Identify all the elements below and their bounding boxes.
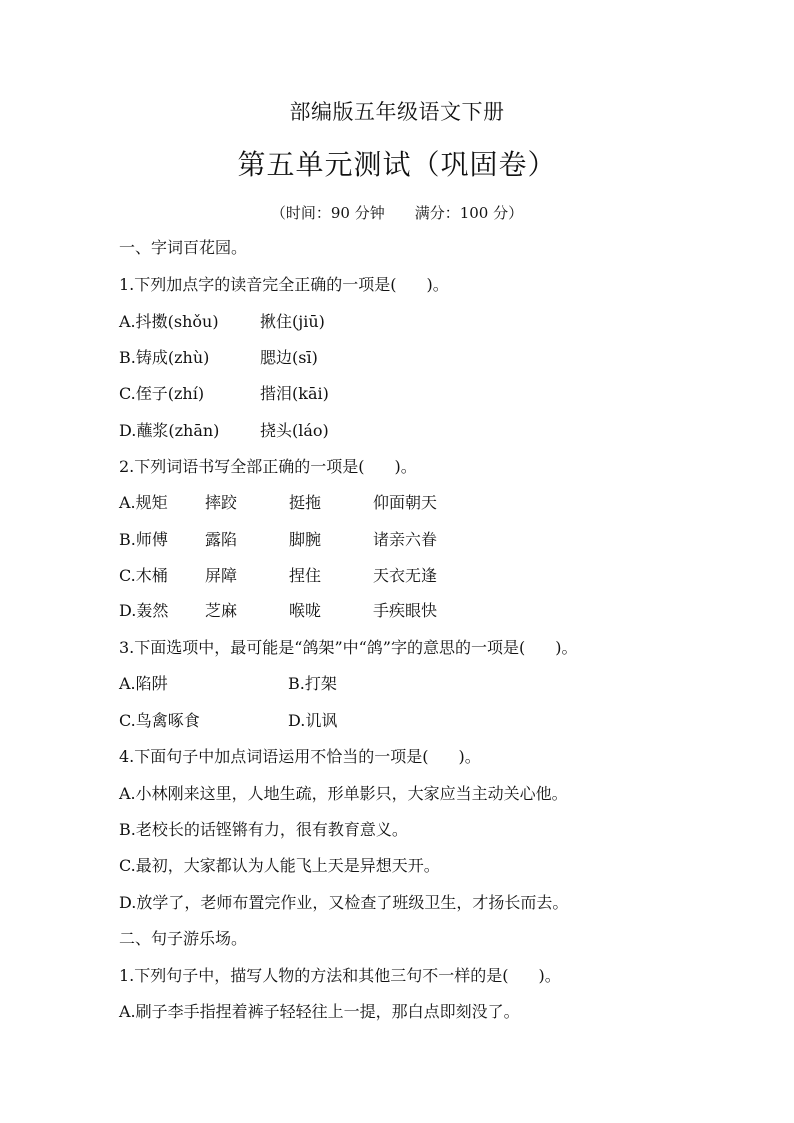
question-stem: 1.下列加点字的读音完全正确的一项是()。 <box>119 275 449 295</box>
section-heading: 一、字词百花园。 <box>119 238 247 258</box>
question-stem: 4.下面句子中加点词语运用不恰当的一项是()。 <box>119 747 481 767</box>
full-score: 满分：100 分） <box>415 204 523 222</box>
exam-meta: （时间：90 分钟满分：100 分） <box>0 202 794 223</box>
question-stem: 1.下列句子中，描写人物的方法和其他三句不一样的是()。 <box>119 966 561 986</box>
time-limit: （时间：90 分钟 <box>271 204 385 222</box>
option-row: D.放学了，老师布置完作业，又检查了班级卫生，才扬长而去。 <box>119 893 568 913</box>
exam-title: 第五单元测试（巩固卷） <box>0 143 794 183</box>
section-heading: 二、句子游乐场。 <box>119 929 247 949</box>
option-row: A.刷子李手指捏着裤子轻轻往上一提，那白点即刻没了。 <box>119 1002 520 1022</box>
exam-page: 部编版五年级语文下册 第五单元测试（巩固卷） （时间：90 分钟满分：100 分… <box>0 0 794 1123</box>
option-row: B.老校长的话铿锵有力，很有教育意义。 <box>119 820 408 840</box>
option-row: C.最初，大家都认为人能飞上天是异想天开。 <box>119 856 440 876</box>
question-stem: 3.下面选项中，最可能是“鸽架”中“鸽”字的意思的一项是()。 <box>119 638 577 658</box>
exam-subtitle: 部编版五年级语文下册 <box>0 96 794 126</box>
option-row: A.小林刚来这里，人地生疏，形单影只，大家应当主动关心他。 <box>119 784 568 804</box>
question-stem: 2.下列词语书写全部正确的一项是()。 <box>119 457 417 477</box>
